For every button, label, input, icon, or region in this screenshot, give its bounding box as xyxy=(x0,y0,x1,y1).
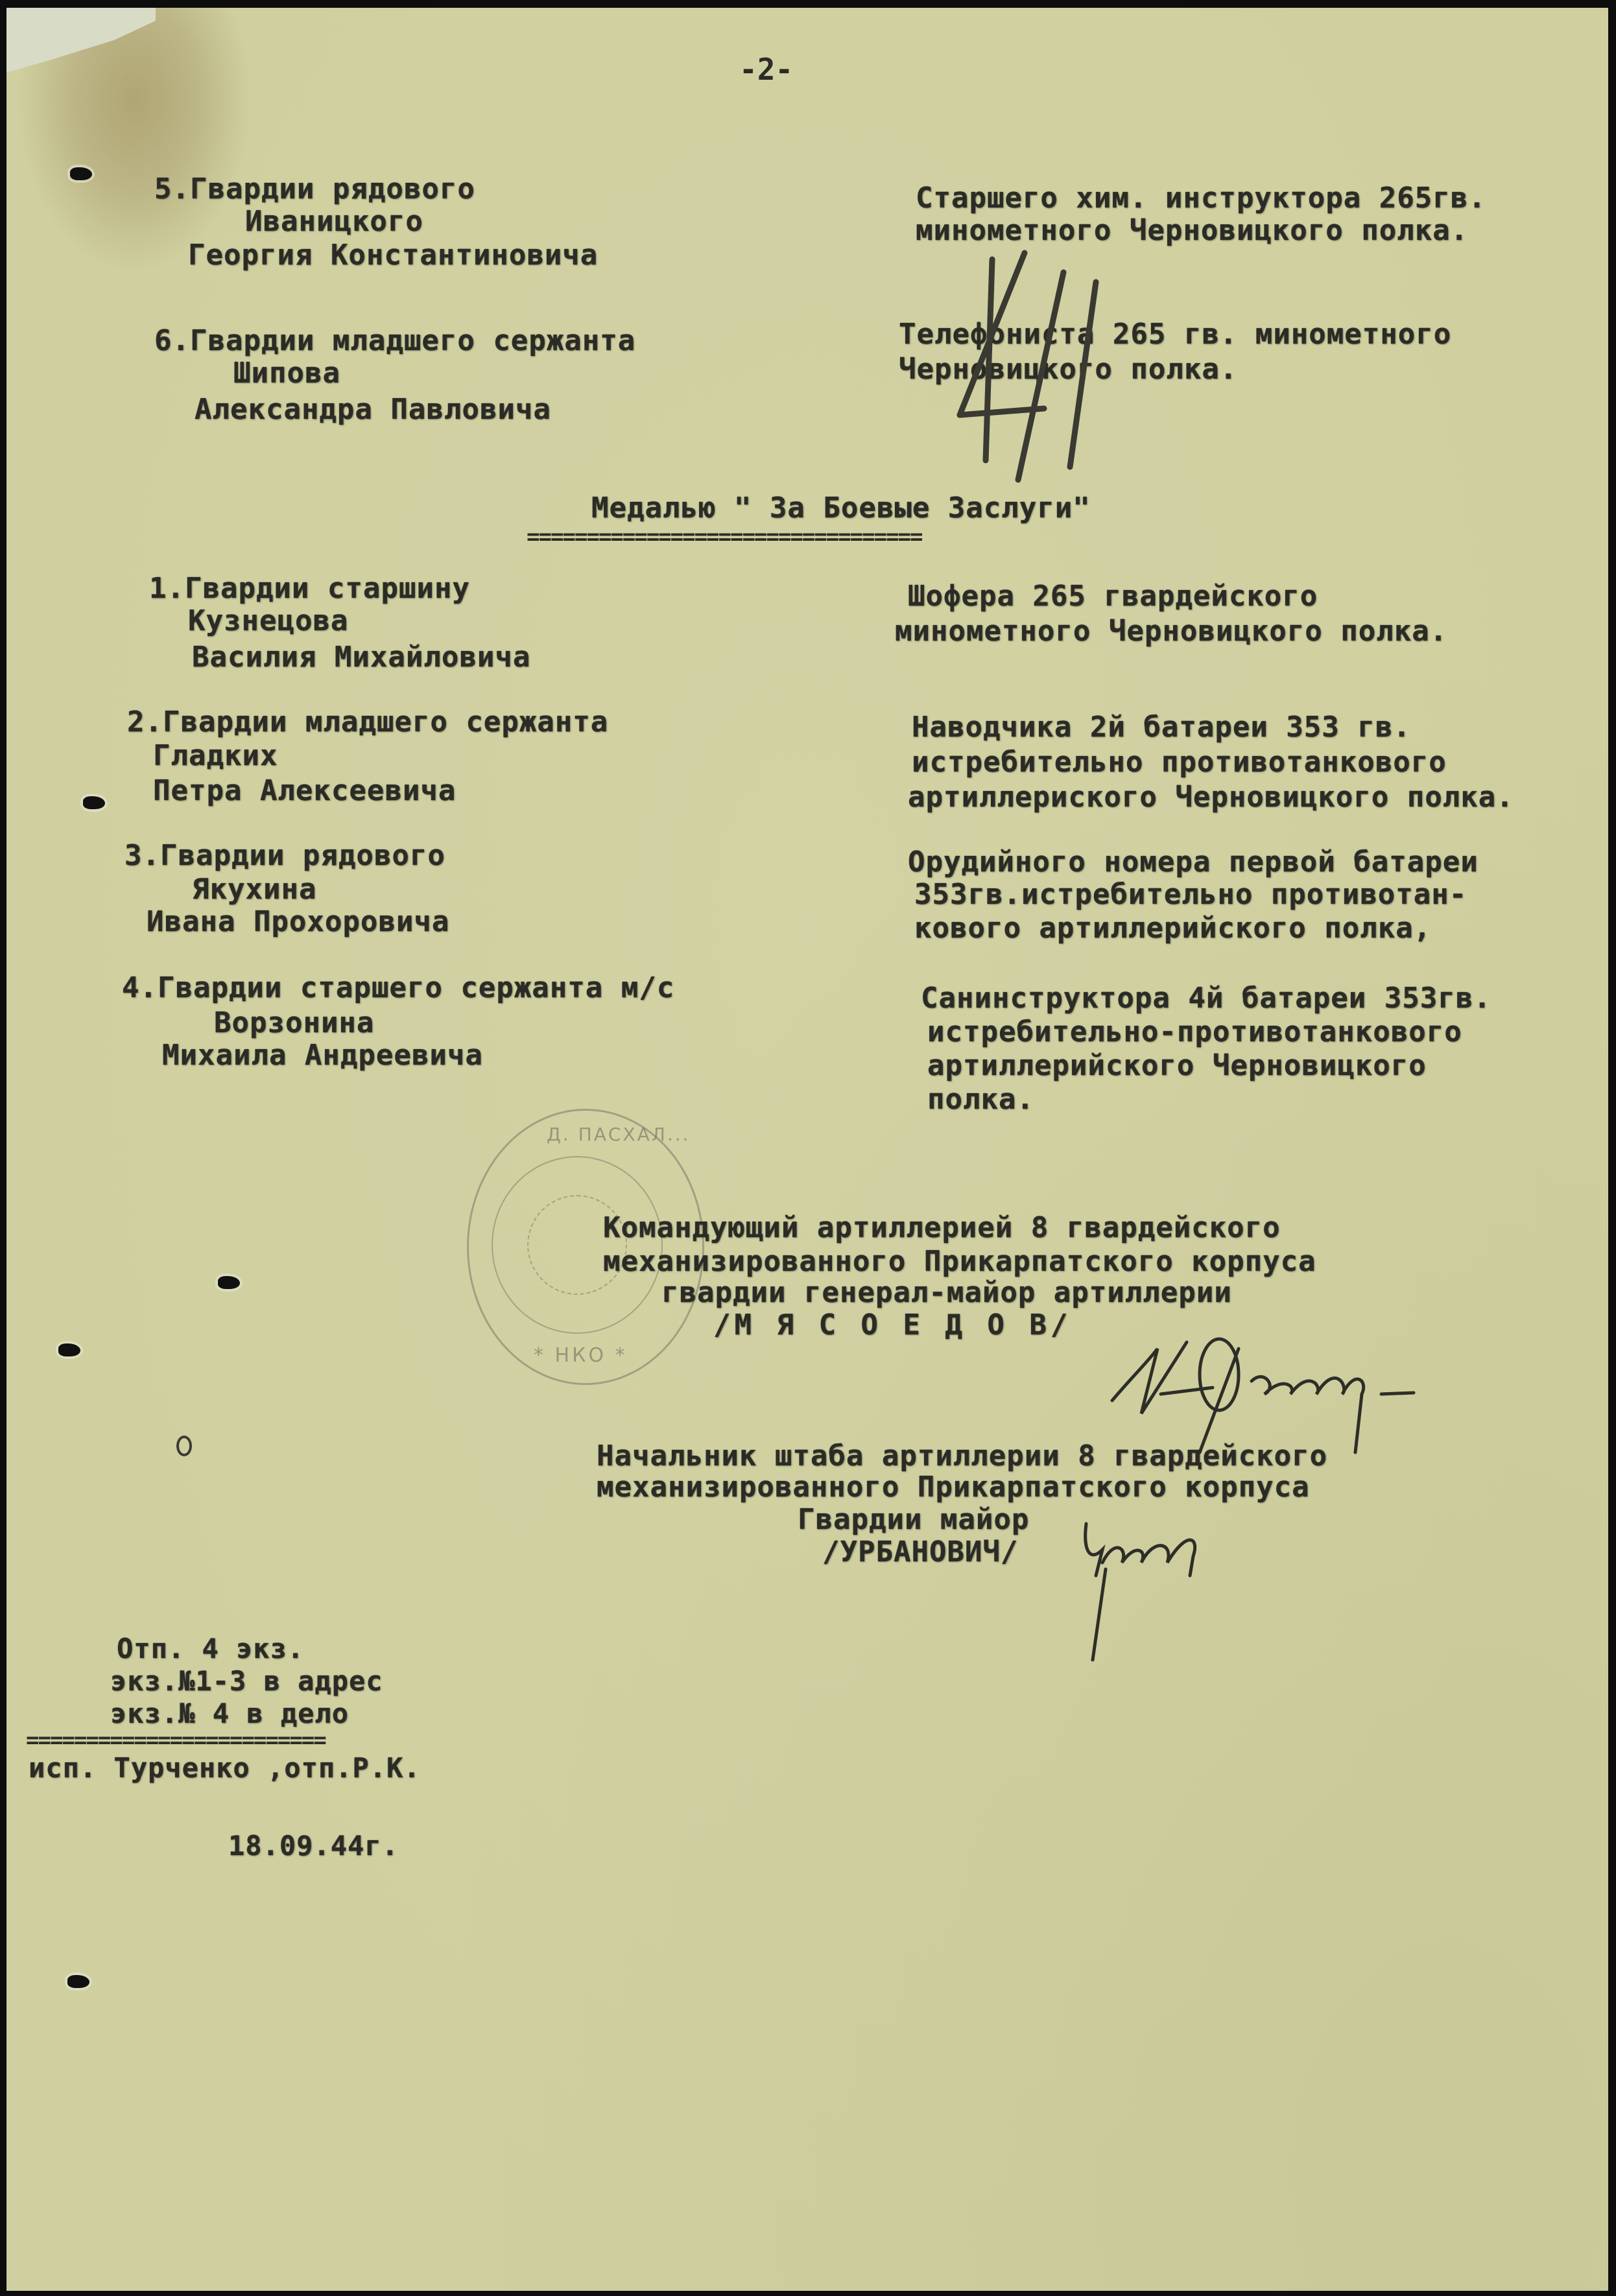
medal-entry-4-position-3: артиллерийского Черновицкого xyxy=(927,1050,1427,1082)
entry-5-position-2: минометного Черновицкого полка. xyxy=(916,215,1468,246)
margin-mark-o xyxy=(176,1436,192,1456)
medal-entry-2-surname: Гладких xyxy=(153,740,278,772)
medal-entry-4-position-2: истребительно-противотанкового xyxy=(927,1017,1462,1048)
page-number: -2- xyxy=(739,52,793,87)
document-date: 18.09.44г. xyxy=(228,1831,399,1861)
medal-entry-2-rank: 2.Гвардии младшего сержанта xyxy=(127,707,608,738)
footer-executor: исп. Турченко ,отп.Р.К. xyxy=(29,1753,421,1783)
medal-entry-1-surname: Кузнецова xyxy=(188,606,348,637)
medal-entry-3-surname: Якухина xyxy=(192,874,316,905)
chief-of-staff-title-1: Начальник штаба артиллерии 8 гвардейског… xyxy=(597,1441,1327,1472)
medal-entry-4-surname: Ворзонина xyxy=(214,1008,374,1039)
commander-name: /М Я С О Е Д О В/ xyxy=(713,1310,1071,1341)
footer-copies-address: экз.№1-3 в адрес xyxy=(110,1666,383,1696)
medal-entry-3-position-2: 353гв.истребительно противотан- xyxy=(914,879,1467,910)
commander-title-3: гвардии генерал-майор артиллерии xyxy=(661,1277,1232,1308)
binding-hole xyxy=(218,1276,240,1289)
commander-signature: М.Ясоед xyxy=(1102,1323,1491,1459)
medal-entry-3-position-1: Орудийного номера первой батареи xyxy=(908,847,1479,878)
chief-of-staff-name: /УРБАНОВИЧ/ xyxy=(822,1537,1018,1568)
entry-6-surname: Шипова xyxy=(233,358,340,389)
medal-entry-2-position-1: Наводчика 2й батареи 353 гв. xyxy=(912,712,1411,743)
medal-entry-4-name: Михаила Андреевича xyxy=(162,1040,483,1071)
entry-6-name: Александра Павловича xyxy=(195,394,551,425)
binding-hole xyxy=(58,1343,80,1356)
medal-entry-1-position-2: минометного Черновицкого полка. xyxy=(895,616,1447,647)
medal-section-title: Медалью " За Боевые Заслуги" xyxy=(591,493,1091,524)
medal-title-underline: ================================= xyxy=(527,524,922,550)
medal-entry-1-rank: 1.Гвардии старшину xyxy=(149,573,470,604)
medal-entry-3-rank: 3.Гвардии рядового xyxy=(125,840,446,871)
medal-entry-4-position-1: Санинструктора 4й батареи 353гв. xyxy=(921,983,1491,1014)
entry-5-position-1: Старшего хим. инструктора 265гв. xyxy=(916,183,1486,214)
binding-hole xyxy=(67,1975,89,1988)
entry-5-rank: 5.Гвардии рядового xyxy=(154,174,475,205)
binding-hole xyxy=(70,167,92,180)
chief-of-staff-title-3: Гвардии майор xyxy=(798,1504,1029,1535)
binding-hole xyxy=(83,796,105,809)
medal-entry-2-position-3: артиллериского Черновицкого полка. xyxy=(908,782,1514,813)
footer-separator: ========================= xyxy=(26,1727,326,1753)
footer-copies-file: экз.№ 4 в дело xyxy=(110,1699,349,1729)
medal-entry-4-position-4: полка. xyxy=(927,1084,1034,1115)
chief-of-staff-title-2: механизированного Прикарпатского корпуса xyxy=(597,1472,1310,1503)
medal-entry-2-name: Петра Алексеевича xyxy=(153,775,456,807)
medal-entry-1-position-1: Шофера 265 гвардейского xyxy=(908,581,1318,612)
commander-title-2: механизированного Прикарпатского корпуса xyxy=(603,1246,1316,1277)
medal-entry-3-position-3: кового артиллерийского полка, xyxy=(914,913,1431,944)
entry-5-surname: Иваницкого xyxy=(245,206,423,237)
stamp-top-text: Д. ПАСХАЛ... xyxy=(547,1124,691,1145)
handwritten-mark-141 xyxy=(947,246,1154,486)
entry-6-rank: 6.Гвардии младшего сержанта xyxy=(154,325,636,357)
medal-entry-2-position-2: истребительно противотанкового xyxy=(912,747,1447,778)
entry-5-name: Георгия Константиновича xyxy=(188,240,598,271)
chief-of-staff-signature: Урбанович xyxy=(1076,1511,1271,1666)
medal-entry-3-name: Ивана Прохоровича xyxy=(147,906,449,938)
medal-entry-1-name: Василия Михайловича xyxy=(192,642,530,673)
footer-copies: Отп. 4 экз. xyxy=(117,1634,304,1664)
stamp-bottom-text: * НКО * xyxy=(534,1344,628,1367)
medal-entry-4-rank: 4.Гвардии старшего сержанта м/с xyxy=(122,973,674,1004)
commander-title-1: Командующий артиллерией 8 гвардейского xyxy=(603,1213,1281,1244)
